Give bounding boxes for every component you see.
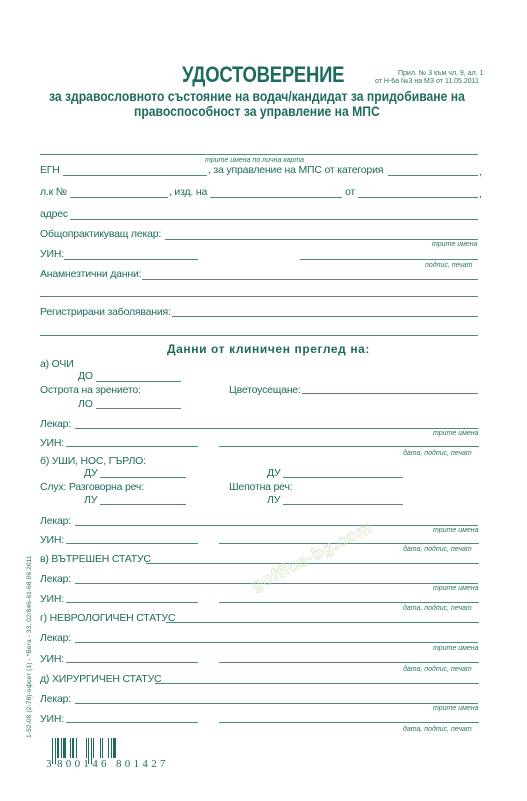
- right-eye-field[interactable]: [96, 381, 181, 382]
- internal-doctor-caption: трите имена: [433, 585, 479, 593]
- diseases-field-2[interactable]: [40, 335, 478, 336]
- acuity-label: Острота на зрението:: [40, 384, 141, 396]
- surgical-uin-label: УИН:: [40, 713, 64, 725]
- gp-signature-field[interactable]: [300, 259, 478, 260]
- barcode-group-1: 800146: [57, 758, 110, 770]
- left-eye-field[interactable]: [96, 408, 181, 409]
- gp-signature-caption: подпис, печат: [425, 262, 472, 270]
- ent-uin-field[interactable]: [66, 543, 198, 544]
- eyes-signature-caption: дата, подпис, печат: [403, 450, 472, 458]
- left-eye-label: ЛО: [78, 398, 93, 410]
- gp-uin-label: УИН:: [40, 248, 64, 260]
- gp-uin-field[interactable]: [64, 259, 198, 260]
- surgical-signature-caption: дата, подпис, печат: [403, 726, 472, 734]
- surgical-uin-field[interactable]: [66, 722, 198, 723]
- anamnesis-label: Анамнезтични данни:: [40, 268, 141, 280]
- reference-line-2: от Н-6а №3 на МЗ от 11.05.2011: [375, 78, 479, 86]
- ent-doctor-field[interactable]: [75, 525, 478, 526]
- id-card-label: л.к №: [40, 186, 67, 198]
- ent-uin-label: УИН:: [40, 534, 64, 546]
- neuro-doctor-caption: трите имена: [433, 645, 479, 653]
- anamnesis-field-2[interactable]: [40, 296, 478, 297]
- internal-doctor-label: Лекар:: [40, 573, 71, 585]
- reference-line-1: Прил. № 3 към чл. 9, ал. 1: [398, 70, 483, 78]
- neuro-doctor-field[interactable]: [75, 642, 478, 643]
- egn-field[interactable]: [63, 175, 207, 176]
- left-ear-speech-label: ЛУ: [84, 494, 97, 506]
- diseases-field[interactable]: [172, 316, 478, 317]
- print-info: 1-52-08 (2-78)-офсет (1) - *Вега - 33, 0…: [26, 555, 33, 738]
- eyes-doctor-label: Лекар:: [40, 418, 71, 430]
- category-label: , за управление на МПС от категория: [208, 164, 383, 176]
- subtitle-line-1: за здравословното състояние на водач/кан…: [49, 89, 465, 105]
- eyes-uin-label: УИН:: [40, 437, 64, 449]
- right-eye-label: ДО: [78, 370, 93, 382]
- eyes-signature-field[interactable]: [219, 446, 479, 447]
- surgical-doctor-field[interactable]: [75, 703, 478, 704]
- ent-heading: б) УШИ, НОС, ГЪРЛО:: [40, 455, 146, 467]
- comma: ,: [479, 166, 482, 178]
- neuro-uin-label: УИН:: [40, 653, 64, 665]
- eyes-doctor-caption: трите имена: [433, 430, 479, 438]
- barcode-group-2: 801427: [116, 758, 169, 770]
- gp-label: Общопрактикуващ лекар:: [40, 228, 161, 240]
- neuro-signature-caption: дата, подпис, печат: [403, 666, 472, 674]
- eyes-doctor-field[interactable]: [75, 428, 478, 429]
- issue-date-label: от: [345, 186, 355, 198]
- id-card-field[interactable]: [70, 197, 168, 198]
- issue-date-field[interactable]: [358, 197, 478, 198]
- internal-uin-field[interactable]: [66, 602, 198, 603]
- eyes-heading: а) ОЧИ: [40, 358, 74, 370]
- anamnesis-field[interactable]: [142, 279, 478, 280]
- neuro-signature-field[interactable]: [219, 662, 479, 663]
- address-field[interactable]: [70, 219, 478, 220]
- neuro-doctor-label: Лекар:: [40, 632, 71, 644]
- neuro-heading: г) НЕВРОЛОГИЧЕН СТАТУС: [40, 612, 175, 624]
- internal-heading: в) ВЪТРЕШЕН СТАТУС: [40, 553, 151, 565]
- hearing-speech-label: Слух: Разговорна реч:: [40, 481, 144, 493]
- surgical-doctor-caption: трите имена: [433, 705, 479, 713]
- eyes-uin-field[interactable]: [66, 446, 198, 447]
- comma: ,: [479, 188, 482, 200]
- left-ear-whisper-label: ЛУ: [267, 494, 280, 506]
- full-name-field[interactable]: [40, 154, 478, 155]
- barcode-first-digit: 3: [46, 758, 55, 770]
- neuro-field[interactable]: [166, 622, 479, 623]
- left-ear-speech-field[interactable]: [100, 504, 186, 505]
- clinical-section-title: Данни от клиничен преглед на:: [167, 342, 370, 356]
- color-perception-field[interactable]: [302, 393, 478, 394]
- internal-uin-label: УИН:: [40, 593, 64, 605]
- surgical-heading: д) ХИРУРГИЧЕН СТАТУС: [40, 673, 161, 685]
- diseases-label: Регистрирани заболявания:: [40, 306, 171, 318]
- ent-signature-caption: дата, подпис, печат: [403, 546, 472, 554]
- ent-doctor-caption: трите имена: [433, 527, 479, 535]
- right-ear-speech-label: ДУ: [84, 467, 98, 479]
- surgical-doctor-label: Лекар:: [40, 693, 71, 705]
- right-ear-whisper-label: ДУ: [267, 467, 281, 479]
- document-title: УДОСТОВЕРЕНИЕ: [182, 63, 344, 87]
- right-ear-whisper-field[interactable]: [283, 477, 403, 478]
- internal-signature-caption: дата, подпис, печат: [403, 605, 472, 613]
- category-field[interactable]: [388, 175, 478, 176]
- whisper-label: Шепотна реч:: [229, 481, 292, 493]
- subtitle-line-2: правоспособност за управление на МПС: [134, 104, 380, 120]
- color-perception-label: Цветоусещане:: [229, 384, 301, 396]
- internal-signature-field[interactable]: [219, 602, 479, 603]
- neuro-uin-field[interactable]: [66, 662, 198, 663]
- right-ear-speech-field[interactable]: [100, 477, 186, 478]
- left-ear-whisper-field[interactable]: [283, 504, 403, 505]
- surgical-field[interactable]: [155, 683, 479, 684]
- egn-label: ЕГН: [40, 164, 60, 176]
- issued-by-label: , изд. на: [169, 186, 207, 198]
- gp-field[interactable]: [165, 239, 478, 240]
- gp-caption: трите имена: [432, 241, 478, 249]
- ent-doctor-label: Лекар:: [40, 515, 71, 527]
- watermark: goffice-bg.com: [248, 518, 376, 596]
- issued-by-field[interactable]: [210, 197, 342, 198]
- surgical-signature-field[interactable]: [219, 722, 479, 723]
- address-label: адрес: [40, 208, 68, 220]
